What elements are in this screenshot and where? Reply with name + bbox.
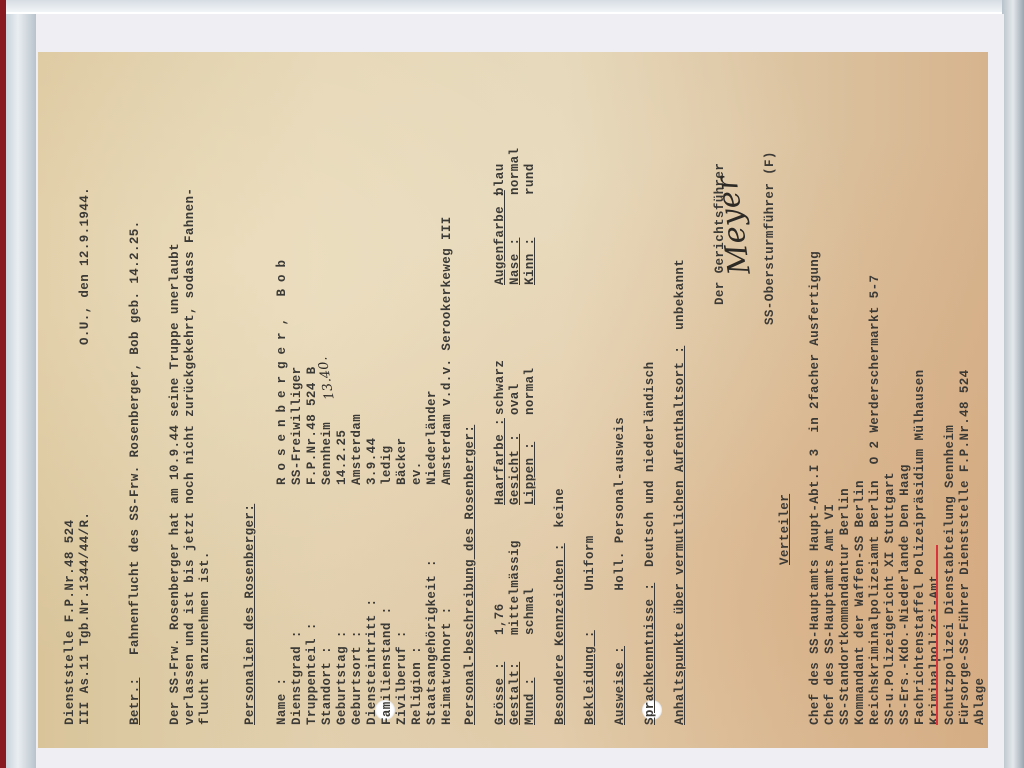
description-value: schmal	[523, 505, 538, 635]
distribution-item: SS-Ers.-Kdo.-Niederlande Den Haag	[898, 251, 913, 725]
distribution-item: Chef des SS-Hauptamts Amt VI	[823, 251, 838, 725]
personal-label: Diensteintritt :	[365, 485, 380, 725]
description-label: Kinn :	[523, 195, 538, 285]
description-row: Mund :schmalLippen :normalKinn :rund	[523, 65, 538, 725]
picture-frame-top	[6, 0, 1016, 14]
personal-label: Dienstgrad :	[290, 485, 305, 725]
id-row: Ausweise : Holl. Personal-ausweis	[613, 417, 628, 725]
personal-value: Sennheim	[320, 422, 335, 485]
signature-rank: SS-Obersturmführer (F)	[763, 151, 778, 325]
personal-row: Heimatwohnort :Amsterdam v.d.v. Serooker…	[440, 216, 455, 725]
personal-row: Geburtsort :Amsterdam	[350, 216, 365, 725]
personal-label: Geburtstag :	[335, 485, 350, 725]
distribution-item: Schutzpolizei Dienstabteilung Sennheim	[943, 251, 958, 725]
personal-label: Religion :	[410, 485, 425, 725]
subject-text: Fahnenflucht des SS-Frw. Rosenberger, Bo…	[128, 220, 143, 655]
features-label: Besondere Kennzeichen :	[553, 543, 567, 725]
personal-row: Diensteintritt :3.9.44	[365, 216, 380, 725]
body-line-2: verlassen und ist bis jetzt noch nicht z…	[183, 188, 198, 725]
description-label: Haarfarbe :	[493, 415, 508, 505]
description-value: 1,76	[493, 505, 508, 635]
description-value: normal	[508, 65, 523, 195]
description-grid: Grösse :1,76Haarfarbe :schwarzAugenfarbe…	[493, 65, 538, 725]
picture-frame-left	[6, 0, 36, 768]
personal-label: Staatsangehörigkeit :	[425, 485, 440, 725]
whereabouts-label: Anhaltspunkte über vermutlichen Aufentha…	[673, 346, 687, 725]
description-label: Grösse :	[493, 635, 508, 725]
description-value: rund	[523, 65, 538, 195]
header-left-line-2: III As.11 Tgb.Nr.1344/44/R.	[78, 512, 93, 725]
personal-label: Truppenteil :	[305, 485, 320, 725]
distribution-item: SS-u.Polizeigericht XI Stuttgart	[883, 251, 898, 725]
description-heading: Personal-beschreibung des Rosenberger:	[463, 425, 478, 725]
personal-row: Standort :Sennheim	[320, 216, 335, 725]
header-left-line-1: Dienststelle F.P.Nr.48 524	[63, 520, 78, 725]
personal-value: F.P.Nr.48 524 B	[305, 366, 320, 485]
distribution-item: Fürsorge-SS-Führer Dienststelle F.P.Nr.4…	[958, 251, 973, 725]
personal-row: Staatsangehörigkeit :Niederländer	[425, 216, 440, 725]
features-row: Besondere Kennzeichen : keine	[553, 488, 568, 725]
description-label: Nase :	[508, 195, 523, 285]
header-date: O.U., den 12.9.1944.	[78, 187, 93, 345]
personal-details: Name :Rosenberger, BobDienstgrad :SS-Fre…	[275, 216, 455, 725]
personal-label: Geburtsort :	[350, 485, 365, 725]
clothing-value: Uniform	[583, 535, 597, 590]
description-row: Gestalt:mittelmässigGesicht :ovalNase :n…	[508, 65, 523, 725]
distribution-item: Ablage	[973, 251, 988, 725]
description-label: Augenfarbe :	[493, 195, 508, 285]
description-value: oval	[508, 285, 523, 415]
id-value: Holl. Personal-ausweis	[613, 417, 627, 591]
language-label: Sprachkenntnisse :	[643, 583, 657, 725]
description-value: schwarz	[493, 285, 508, 415]
description-label: Gestalt:	[508, 635, 523, 725]
personal-row: Religion :ev.	[410, 216, 425, 725]
personal-value: ledig	[380, 445, 395, 485]
personal-value: 14.2.25	[335, 430, 350, 485]
description-label: Mund :	[523, 635, 538, 725]
personal-label: Standort :	[320, 485, 335, 725]
language-row: Sprachkenntnisse : Deutsch und niederlän…	[643, 362, 658, 725]
signature: Meyer	[719, 175, 748, 276]
document-page: Dienststelle F.P.Nr.48 524 III As.11 Tgb…	[43, 55, 983, 745]
personal-value: 3.9.44	[365, 438, 380, 485]
personal-row: Zivilberuf :Bäcker	[395, 216, 410, 725]
distribution-item: Kommandant der Waffen-SS Berlin	[853, 251, 868, 725]
description-value: normal	[523, 285, 538, 415]
distribution-item: Chef des SS-Hauptamts Haupt-Abt.I 3 in 2…	[808, 251, 823, 725]
personal-label: Heimatwohnort :	[440, 485, 455, 725]
features-value: keine	[553, 488, 567, 528]
distribution-item: SS-Standortkommandantur Berlin	[838, 251, 853, 725]
personal-value: SS-Freiwilliger	[290, 366, 305, 485]
personal-row: Name :Rosenberger, Bob	[275, 216, 290, 725]
personal-label: Zivilberuf :	[395, 485, 410, 725]
subject-label: Betr.:	[128, 678, 143, 725]
body-line-3: flucht anzunehmen ist.	[198, 551, 213, 725]
description-value: mittelmässig	[508, 505, 523, 635]
distribution-item: Fachrichtenstaffel Polizeipräsidium Mülh…	[913, 251, 928, 725]
personal-label: Familienstand :	[380, 485, 395, 725]
whereabouts-value: unbekannt	[673, 259, 687, 330]
id-label: Ausweise :	[613, 646, 627, 725]
personal-heading: Personalien des Rosenberger:	[243, 504, 258, 725]
clothing-row: Bekleidung : Uniform	[583, 535, 598, 725]
description-label: Lippen :	[523, 415, 538, 505]
personal-value: Amsterdam v.d.v. Serookerkeweg III	[440, 216, 455, 485]
description-value: blau	[493, 65, 508, 195]
distribution-list: Chef des SS-Hauptamts Haupt-Abt.I 3 in 2…	[808, 251, 988, 725]
personal-value: Niederländer	[425, 390, 440, 485]
picture-frame-right	[1002, 0, 1024, 768]
body-line-1: Der SS-Frw. Rosenberger hat am 10.9.44 s…	[168, 243, 183, 725]
personal-label: Name :	[275, 485, 290, 725]
clothing-label: Bekleidung :	[583, 630, 597, 725]
personal-value: Rosenberger, Bob	[275, 253, 290, 485]
personal-value: Amsterdam	[350, 414, 365, 485]
whereabouts-row: Anhaltspunkte über vermutlichen Aufentha…	[673, 259, 688, 725]
description-label: Gesicht :	[508, 415, 523, 505]
personal-value: Bäcker	[395, 438, 410, 485]
description-row: Grösse :1,76Haarfarbe :schwarzAugenfarbe…	[493, 65, 508, 725]
red-strikethrough-line	[936, 545, 938, 725]
personal-row: Dienstgrad :SS-Freiwilliger	[290, 216, 305, 725]
personal-value: ev.	[410, 461, 425, 485]
language-value: Deutsch und niederländisch	[643, 362, 657, 567]
personal-row: Truppenteil :F.P.Nr.48 524 B	[305, 216, 320, 725]
personal-row: Familienstand :ledig	[380, 216, 395, 725]
document-paper: Dienststelle F.P.Nr.48 524 III As.11 Tgb…	[38, 52, 988, 748]
personal-row: Geburtstag :14.2.25	[335, 216, 350, 725]
distribution-heading: Verteiler	[778, 494, 793, 565]
distribution-item: Reichskriminalpolizeiamt Berlin O 2 Werd…	[868, 251, 883, 725]
